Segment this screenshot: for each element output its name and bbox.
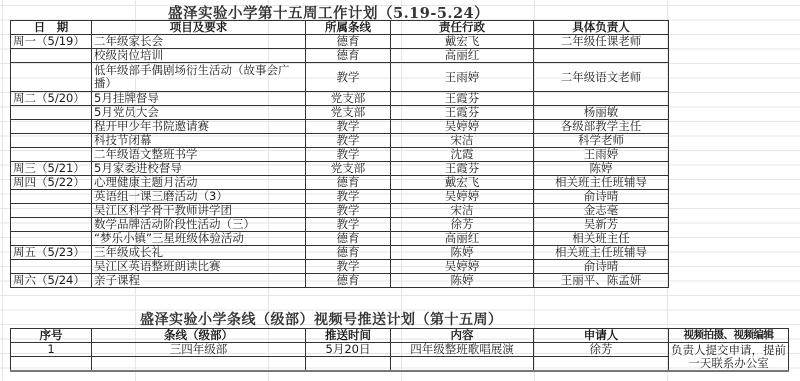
cell-admin[interactable]: 王霞芬 [391, 92, 534, 106]
table-row: 周四（5/22） 心理健康主题月活动 德育 戴宏飞 相关班主任班辅导 [11, 176, 669, 190]
header-time[interactable]: 推送时间 [306, 329, 391, 343]
cell-item[interactable]: 低年级部手偶剧场衍生活动（故事会广播） [92, 63, 306, 92]
table-row: 校级岗位培训 德育 高丽红 [11, 49, 669, 63]
video-push-header-row: 序号 条线（级部） 推送时间 内容 申请人 视频拍摄、视频编辑 [11, 329, 789, 343]
cell-admin[interactable]: 高丽红 [391, 49, 534, 63]
cell-admin[interactable]: 戴宏飞 [391, 176, 534, 190]
cell-date[interactable] [11, 204, 92, 218]
cell-date[interactable] [11, 218, 92, 232]
cell-time[interactable] [306, 357, 391, 372]
cell-item[interactable]: 吴江区科学骨干教师讲学团 [92, 204, 306, 218]
cell-admin[interactable]: 宋洁 [391, 134, 534, 148]
cell-item[interactable]: 三年级成长礼 [92, 246, 306, 260]
header-content[interactable]: 内容 [391, 329, 534, 343]
cell-item[interactable]: 数学品牌活动阶段性活动（三） [92, 218, 306, 232]
table-row: 数学品牌活动阶段性活动（三） 教学 徐芳 吴新芳 [11, 218, 669, 232]
cell-date[interactable] [11, 232, 92, 246]
work-plan-header-row: 日 期 项目及要求 所属条线 责任行政 具体负责人 [11, 21, 669, 35]
table-row: 周五（5/23） 三年级成长礼 德育 陈婷 相关班主任班辅导 [11, 246, 669, 260]
cell-item[interactable]: 二年级家长会 [92, 35, 306, 49]
cell-date[interactable] [11, 260, 92, 274]
video-push-title: 盛泽实验小学条线（级部）视频号推送计划（第十五周） [140, 309, 503, 329]
cell-admin[interactable]: 王霞芬 [391, 106, 534, 120]
cell-item[interactable]: 英语组一课三磨活动（3） [92, 190, 306, 204]
cell-line[interactable]: 教学 [306, 218, 391, 232]
cell-item[interactable]: 5月家委进校督导 [92, 162, 306, 176]
cell-owner[interactable]: 科学老师 [534, 134, 669, 148]
table-row: 周二（5/20） 5月挂牌督导 党支部 王霞芬 [11, 92, 669, 106]
table-row: 周一（5/19） 二年级家长会 德育 戴宏飞 二年级任课老师 [11, 35, 669, 49]
cell-line[interactable]: 教学 [306, 204, 391, 218]
cell-line[interactable]: 党支部 [306, 162, 391, 176]
cell-applicant[interactable]: 徐芳 [534, 343, 669, 357]
header-applicant[interactable]: 申请人 [534, 329, 669, 343]
cell-date[interactable]: 周六（5/24） [11, 274, 92, 288]
cell-owner[interactable]: 王雨婷 [534, 148, 669, 162]
cell-owner[interactable]: 俞诗晴 [534, 260, 669, 274]
cell-item[interactable]: 吴江区英语整班朗读比赛 [92, 260, 306, 274]
cell-date[interactable]: 周三（5/21） [11, 162, 92, 176]
cell-item[interactable]: 心理健康主题月活动 [92, 176, 306, 190]
cell-applicant[interactable] [534, 357, 669, 372]
cell-line[interactable]: 德育 [306, 274, 391, 288]
cell-line[interactable]: 教学 [306, 190, 391, 204]
cell-item[interactable]: 程开甲少年书院邀请赛 [92, 120, 306, 134]
cell-admin[interactable]: 陈婷 [391, 274, 534, 288]
cell-time[interactable]: 5月20日 [306, 343, 391, 357]
cell-no[interactable] [11, 357, 92, 372]
table-row: 周六（5/24） 亲子课程 德育 陈婷 王丽平、陈孟妍 [11, 274, 669, 288]
cell-line[interactable]: 教学 [306, 120, 391, 134]
cell-line[interactable]: 党支部 [306, 106, 391, 120]
cell-admin[interactable]: 徐芳 [391, 218, 534, 232]
table-row: 低年级部手偶剧场衍生活动（故事会广播） 教学 王雨婷 二年级语文老师 [11, 63, 669, 92]
cell-admin[interactable]: 吴婷婷 [391, 260, 534, 274]
table-row: 5月党员大会 党支部 王霞芬 杨丽敏 [11, 106, 669, 120]
cell-line[interactable]: 德育 [306, 49, 391, 63]
cell-line[interactable]: 党支部 [306, 92, 391, 106]
cell-note[interactable]: 负责人提交申请，提前一天联系办公室 [669, 343, 789, 372]
cell-item[interactable]: 科技节闭幕 [92, 134, 306, 148]
cell-dept[interactable]: 三四年级部 [92, 343, 306, 357]
cell-date[interactable]: 周二（5/20） [11, 92, 92, 106]
cell-admin[interactable]: 王霞芬 [391, 162, 534, 176]
cell-dept[interactable] [92, 357, 306, 372]
cell-line[interactable]: 教学 [306, 134, 391, 148]
work-plan-table: 日 期 项目及要求 所属条线 责任行政 具体负责人 周一（5/19） 二年级家长… [10, 20, 669, 288]
cell-item[interactable]: 校级岗位培训 [92, 49, 306, 63]
cell-line[interactable]: 德育 [306, 176, 391, 190]
cell-item[interactable]: “梦乐小镇”三星班级体验活动 [92, 232, 306, 246]
table-row: 吴江区英语整班朗读比赛 教学 吴婷婷 俞诗晴 [11, 260, 669, 274]
cell-admin[interactable]: 吴婷婷 [391, 120, 534, 134]
cell-line[interactable]: 德育 [306, 35, 391, 49]
cell-no[interactable]: 1 [11, 343, 92, 357]
cell-item[interactable]: 5月党员大会 [92, 106, 306, 120]
cell-date[interactable] [11, 106, 92, 120]
cell-owner[interactable]: 陈婷 [534, 162, 669, 176]
cell-admin[interactable]: 沈霞 [391, 148, 534, 162]
cell-line[interactable]: 德育 [306, 232, 391, 246]
cell-owner[interactable]: 二年级语文老师 [534, 63, 669, 92]
cell-date[interactable] [11, 148, 92, 162]
cell-date[interactable] [11, 49, 92, 63]
header-video-edit[interactable]: 视频拍摄、视频编辑 [669, 329, 789, 343]
cell-owner[interactable] [534, 92, 669, 106]
cell-item[interactable]: 二年级语文整班书学 [92, 148, 306, 162]
cell-item[interactable]: 亲子课程 [92, 274, 306, 288]
cell-line[interactable]: 教学 [306, 63, 391, 92]
cell-owner[interactable]: 金志毫 [534, 204, 669, 218]
cell-admin[interactable]: 高丽红 [391, 232, 534, 246]
cell-date[interactable]: 周四（5/22） [11, 176, 92, 190]
cell-owner[interactable]: 吴新芳 [534, 218, 669, 232]
cell-line[interactable]: 教学 [306, 148, 391, 162]
table-row: 1 三四年级部 5月20日 四年级整班歌唱展演 徐芳 负责人提交申请，提前一天联… [11, 343, 789, 357]
table-row: 科技节闭幕 教学 宋洁 科学老师 [11, 134, 669, 148]
cell-content[interactable]: 四年级整班歌唱展演 [391, 343, 534, 357]
cell-line[interactable]: 教学 [306, 260, 391, 274]
cell-owner[interactable] [534, 49, 669, 63]
cell-owner[interactable]: 二年级任课老师 [534, 35, 669, 49]
header-item[interactable]: 项目及要求 [92, 21, 306, 35]
cell-date[interactable] [11, 120, 92, 134]
header-date[interactable]: 日 期 [11, 21, 92, 35]
video-push-table: 序号 条线（级部） 推送时间 内容 申请人 视频拍摄、视频编辑 1 三四年级部 … [10, 328, 789, 372]
cell-admin[interactable]: 王雨婷 [391, 63, 534, 92]
table-row: “梦乐小镇”三星班级体验活动 德育 高丽红 相关班主任 [11, 232, 669, 246]
cell-item[interactable]: 5月挂牌督导 [92, 92, 306, 106]
cell-admin[interactable]: 宋洁 [391, 204, 534, 218]
cell-owner[interactable]: 王丽平、陈孟妍 [534, 274, 669, 288]
cell-admin[interactable]: 戴宏飞 [391, 35, 534, 49]
cell-owner[interactable]: 各级部教学主任 [534, 120, 669, 134]
table-row: 吴江区科学骨干教师讲学团 教学 宋洁 金志毫 [11, 204, 669, 218]
table-row: 二年级语文整班书学 教学 沈霞 王雨婷 [11, 148, 669, 162]
cell-admin[interactable]: 吴婷婷 [391, 190, 534, 204]
cell-date[interactable] [11, 63, 92, 92]
header-dept[interactable]: 条线（级部） [92, 329, 306, 343]
cell-owner[interactable]: 俞诗晴 [534, 190, 669, 204]
header-line[interactable]: 所属条线 [306, 21, 391, 35]
cell-content[interactable] [391, 357, 534, 372]
cell-date[interactable] [11, 134, 92, 148]
cell-line[interactable]: 德育 [306, 246, 391, 260]
table-row: 英语组一课三磨活动（3） 教学 吴婷婷 俞诗晴 [11, 190, 669, 204]
cell-date[interactable]: 周一（5/19） [11, 35, 92, 49]
cell-owner[interactable]: 相关班主任班辅导 [534, 176, 669, 190]
cell-date[interactable]: 周五（5/23） [11, 246, 92, 260]
cell-owner[interactable]: 相关班主任 [534, 232, 669, 246]
cell-owner[interactable]: 相关班主任班辅导 [534, 246, 669, 260]
header-no[interactable]: 序号 [11, 329, 92, 343]
table-row: 周三（5/21） 5月家委进校督导 党支部 王霞芬 陈婷 [11, 162, 669, 176]
cell-admin[interactable]: 陈婷 [391, 246, 534, 260]
cell-owner[interactable]: 杨丽敏 [534, 106, 669, 120]
table-row: 程开甲少年书院邀请赛 教学 吴婷婷 各级部教学主任 [11, 120, 669, 134]
header-owner[interactable]: 具体负责人 [534, 21, 669, 35]
cell-date[interactable] [11, 190, 92, 204]
header-admin[interactable]: 责任行政 [391, 21, 534, 35]
